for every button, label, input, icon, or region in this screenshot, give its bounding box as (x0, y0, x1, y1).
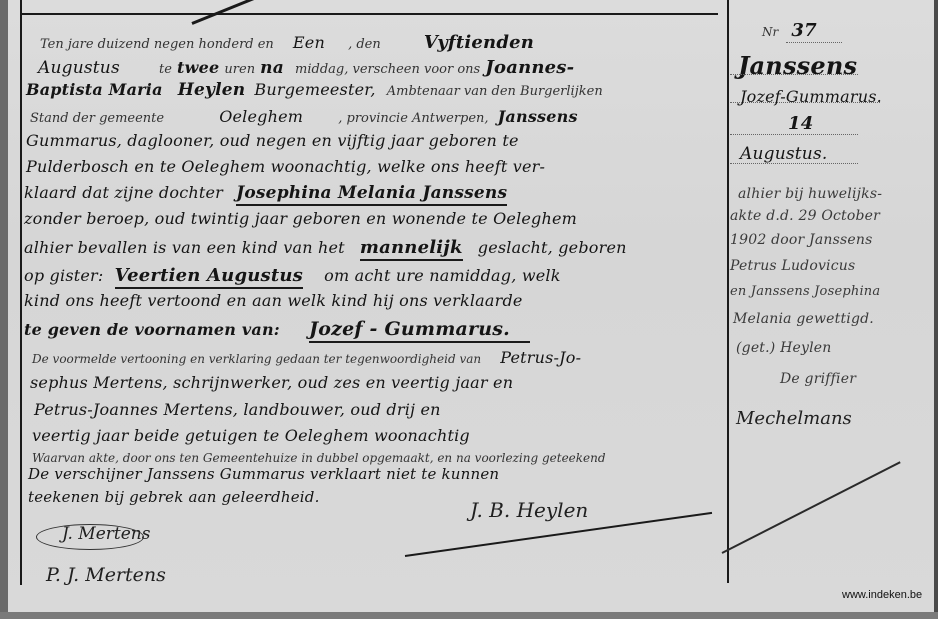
line-6: Pulderbosch en te Oeleghem woonachtig, w… (26, 159, 545, 175)
line-16: veertig jaar beide getuigen te Oeleghem … (32, 428, 470, 444)
margin-day: 14 (788, 115, 813, 133)
line-10: op gister: Veertien Augustus om acht ure… (24, 267, 561, 285)
child-given-names: Jozef - Gummarus. (309, 318, 530, 343)
scan-right-edge (934, 0, 938, 619)
nr-dotted-line (786, 42, 842, 43)
line-9-text: alhier bevallen is van een kind van het (24, 238, 345, 257)
middag-label: middag, verscheen voor ons (295, 62, 480, 77)
day-handwritten: Vyftienden (424, 32, 534, 53)
line-10-text: op gister: (24, 266, 103, 285)
mayor-surname: Heylen (178, 80, 246, 100)
line-2: Augustus te twee uren na middag, versche… (38, 59, 574, 77)
record-number: 37 (791, 20, 816, 41)
left-margin-rule (20, 0, 22, 585)
margin-annotation-8: De griffier (780, 372, 856, 386)
hour-handwritten: twee (177, 58, 219, 77)
scan-bottom-edge (0, 612, 938, 619)
printed-intro: Ten jare duizend negen honderd en (40, 37, 274, 52)
province-label: , provincie Antwerpen, (338, 111, 488, 126)
line-4: Stand der gemeente Oeleghem , provincie … (30, 109, 578, 125)
mayor-first-name: Joannes- (485, 57, 574, 78)
mayor-names: Baptista Maria (26, 80, 163, 99)
line-13: De voormelde vertooning en verklaring ge… (32, 350, 581, 366)
uren-label: uren (224, 62, 255, 77)
line-12: te geven de voornamen van: Jozef - Gumma… (24, 320, 530, 339)
witness1-signature-loop (36, 524, 144, 550)
line-17-closing: Waarvan akte, door ons ten Gemeentehuize… (32, 452, 606, 464)
municipality-handwritten: Oeleghem (219, 107, 303, 126)
line-18: De verschijner Janssens Gummarus verklaa… (28, 467, 499, 482)
line-9-post: geslacht, geboren (478, 238, 627, 257)
day-dotted-line (730, 134, 858, 135)
nr-label: Nr (762, 25, 778, 39)
line-9: alhier bevallen is van een kind van het … (24, 239, 627, 257)
margin-month: Augustus. (740, 146, 828, 163)
margin-annotation-7: (get.) Heylen (736, 341, 831, 355)
scan-left-edge (0, 0, 8, 619)
watermark: www.indeken.be (842, 589, 922, 601)
birth-date: Veertien Augustus (115, 265, 303, 289)
mayor-signature: J. B. Heylen (470, 500, 588, 520)
line-12-text: te geven de voornamen van: (24, 320, 280, 339)
mother-name: Josephina Melania Janssens (236, 183, 507, 206)
line-15: Petrus-Joannes Mertens, landbouwer, oud … (34, 402, 441, 418)
line-7: klaard dat zijne dochter Josephina Melan… (24, 185, 507, 202)
margin-annotation-3: 1902 door Janssens (730, 233, 872, 247)
den-label: , den (348, 37, 381, 52)
line-19: teekenen bij gebrek aan geleerdheid. (28, 490, 320, 505)
line-11: kind ons heeft vertoond en aan welk kind… (24, 293, 523, 309)
line-7-text: klaard dat zijne dochter (24, 183, 223, 202)
witness-printed: De voormelde vertooning en verklaring ge… (32, 352, 481, 366)
top-rule (22, 13, 718, 15)
line-14: sephus Mertens, schrijnwerker, oud zes e… (30, 375, 513, 391)
clerk-signature: Mechelmans (736, 410, 852, 428)
column-divider (727, 0, 729, 583)
month-handwritten: Augustus (38, 58, 120, 78)
mayor-title: Burgemeester, (254, 80, 375, 99)
margin-number-row: Nr 37 (762, 22, 817, 40)
sex-handwritten: mannelijk (360, 237, 463, 261)
margin-annotation-4: Petrus Ludovicus (730, 259, 855, 273)
line-5: Gummarus, daglooner, oud negen en vijfti… (26, 133, 519, 149)
year-handwritten: Een (293, 33, 325, 52)
surname-dotted-line (730, 74, 858, 75)
father-surname: Janssens (498, 107, 578, 126)
month-dotted-line (730, 163, 858, 164)
line-3: Baptista Maria Heylen Burgemeester, Ambt… (26, 82, 603, 99)
te-label: te (159, 62, 172, 77)
margin-annotation-1: alhier bij huwelijks- (738, 187, 882, 201)
na-handwritten: na (260, 58, 284, 78)
line-10-post: om acht ure namiddag, welk (324, 266, 560, 285)
margin-annotation-6: Melania gewettigd. (733, 312, 874, 326)
line-8: zonder beroep, oud twintig jaar geboren … (24, 211, 577, 227)
stand-label: Stand der gemeente (30, 111, 164, 126)
witness2-signature: P. J. Mertens (46, 566, 166, 585)
ambtenaar-label: Ambtenaar van den Burgerlijken (387, 84, 603, 99)
line-1: Ten jare duizend negen honderd en Een , … (40, 34, 534, 52)
margin-annotation-2: akte d.d. 29 October (730, 209, 880, 223)
margin-annotation-5: en Janssens Josephina (730, 285, 880, 298)
witness1-first: Petrus-Jo- (500, 348, 581, 367)
given-names-dotted-line (730, 102, 880, 103)
